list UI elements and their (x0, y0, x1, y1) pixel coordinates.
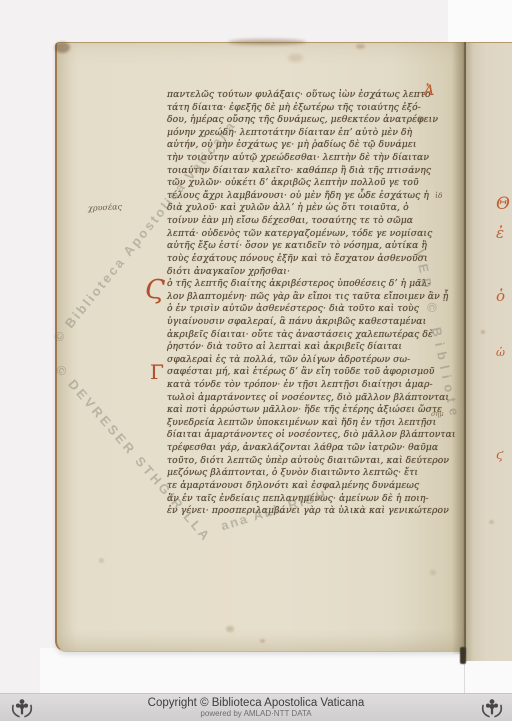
footer-bar: Copyright © Biblioteca Apostolica Vatica… (0, 693, 512, 721)
manuscript-line: ὁ τῆς λεπτῆς διαίτης ἀκριβέστερος ὑποθέσ… (167, 278, 455, 291)
red-margin-sign: Ἀ (424, 83, 434, 99)
facing-page-red-letter: ἐ (496, 224, 504, 242)
facing-page-red-letter: ὡ (496, 346, 505, 359)
manuscript-line: σαφέσται μή, καὶ ἑτέρως δʼ ἂν εἴη τοῦδε … (167, 366, 455, 379)
manuscript-line: τάτη δίαιτα· ἐφεξῆς δὲ μὴ ἐξωτέρω τῆς το… (167, 102, 455, 115)
right-margin-note-2: σημ (431, 410, 444, 418)
manuscript-line: διὰ χυλοῦ· καὶ χυλῶν ἀλλʼ ἡ μὲν ὡς ὅτι τ… (167, 202, 455, 215)
page-stain (226, 626, 234, 632)
red-ornamental-initial: Ϛ (145, 275, 165, 305)
manuscript-line: κατὰ τόνδε τὸν τρόπον· ἐν τῇσι λεπτῇσι δ… (167, 379, 455, 392)
manuscript-line: λεπτά· οὐδενὸς τῶν κατεργαζομένων, τόδε … (167, 228, 455, 241)
manuscript-line: διότι ἀναγκαῖον χρῆσθαι· (167, 266, 455, 279)
manuscript-line: δου, ἡμέρας οὔσης τῆς δυνάμεως, μεθεκτέο… (167, 114, 455, 127)
scan-background-bottom (40, 648, 512, 694)
facing-page-red-letter: Θ (496, 194, 510, 214)
facing-page-red-letter: ϛ (496, 448, 503, 463)
manuscript-line: ξυνεδρεία λεπτῶν ὑποκειμένων καὶ ἤδη ἐν … (167, 417, 455, 430)
page-fold-line (464, 42, 466, 658)
manuscript-line: τρέφεσθαι γάρ, ἀνακλάζονται λάθρα τῶν ἰα… (167, 442, 455, 455)
left-margin-gloss: χρυσέας (88, 202, 122, 213)
red-paragraph-mark: Γ (150, 360, 164, 384)
vatican-library-emblem-left (9, 696, 35, 720)
manuscript-line: ῥηστόν· διὰ τοῦτο αἱ λεπταὶ καὶ ἀκριβεῖς… (167, 341, 455, 354)
page-stain (489, 520, 494, 524)
footer-copyright: Copyright © Biblioteca Apostolica Vatica… (0, 697, 512, 709)
page-stain (288, 54, 303, 62)
fold-bottom-mark (460, 647, 466, 664)
manuscript-line: ὁ ἐν τρισὶν αὐτῶν ἀσθενέστερος· διὰ τοῦτ… (167, 303, 455, 316)
vatican-library-emblem-right (479, 696, 505, 720)
manuscript-line: τοιαύτην δίαιταν καλεῖτο· καθάπερ ἢ διὰ … (167, 165, 455, 178)
manuscript-line: δίαιται ἁμαρτάνοντες οἱ νοσέοντες, διὸ μ… (167, 429, 455, 442)
page-stain (99, 558, 104, 563)
manuscript-line: τωλοὶ ἁμαρτάνοντες οἱ νοσέοντες, διὸ μᾶλ… (167, 392, 455, 405)
manuscript-line: καὶ ποτὶ ἀρρώστων μᾶλλον· ἥδε τῆς ἑτέρης… (167, 404, 455, 417)
scan-background-top-right (448, 0, 512, 44)
manuscript-line: τῶν χυλῶν· οὐκέτι δʼ ἀκριβῶς λεπτὴν πολλ… (167, 177, 455, 190)
right-margin-note: ἰδ (435, 191, 442, 200)
footer-powered-by: powered by AMLAD·NTT DATA (0, 709, 512, 718)
manuscript-line: τοίνυν ἐὰν μὴ εἴσω δέχεσθαι, τοσαύτης τε… (167, 215, 455, 228)
page-stain (430, 570, 436, 575)
facing-page-red-letter: ὁ (496, 287, 505, 305)
manuscript-line: ὑγιαίνουσιν σφαλεραί, ἃ πάνυ ἀκριβῶς καθ… (167, 316, 455, 329)
manuscript-line: μεζόνως βλάπτονται, ὁ ξυνὸν διαιτῶντο λε… (167, 467, 455, 480)
page-stain (260, 639, 265, 643)
manuscript-line: ἐν γένει· προσπεριλαμβάνει γὰρ τὰ ὑλικὰ … (167, 505, 455, 518)
manuscript-line: τοῦτο, διότι λεπτῶς ὑπὲρ αὐτοὺς διαιτῶντ… (167, 455, 455, 468)
manuscript-line: λον βλαπτομένη· πῶς γὰρ ἂν εἴποι τις ταῦ… (167, 291, 455, 304)
manuscript-line: τοὺς ἐσχάτους πόνους ἐξῆν καὶ τὸ ἔσχατον… (167, 253, 455, 266)
manuscript-line: τέλους ἄχρι λαμβάνουσι· οὐ μὲν ἤδη γε ὧδ… (167, 190, 455, 203)
manuscript-line: ἀκριβεῖς δίαιται· οὔτε τὰς ἀναστάσεις χα… (167, 329, 455, 342)
page-stain (228, 39, 306, 45)
scan-viewer: { "scan": { "parchment_color": "#e6dfcc"… (0, 0, 512, 721)
page-corner-smudge (55, 42, 70, 53)
page-stain (481, 330, 485, 334)
manuscript-line: σφαλεραὶ ἐς τὰ πολλά, τῶν ὀλίγων ἁδροτέρ… (167, 354, 455, 367)
page-stain (356, 44, 365, 49)
manuscript-line: παντελῶς τούτων φυλάξαις· οὕτως ἰὼν ἐσχά… (167, 89, 455, 102)
